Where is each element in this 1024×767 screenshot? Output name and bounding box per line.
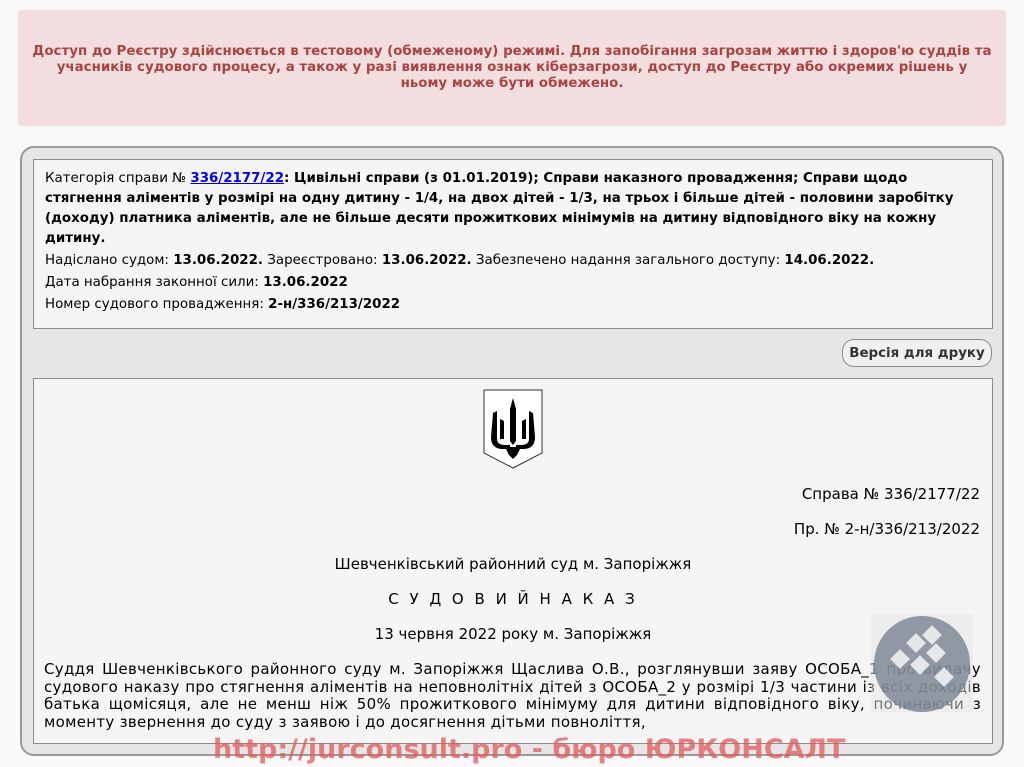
print-version-button[interactable]: Версія для друку (842, 339, 992, 367)
access-warning-alert: Доступ до Реєстру здійснюється в тестово… (18, 10, 1006, 126)
proceeding-value: 2-н/336/213/2022 (268, 297, 400, 312)
effective-value: 13.06.2022 (263, 275, 348, 290)
public-access-value: 14.06.2022. (784, 253, 874, 268)
case-number-link[interactable]: 336/2177/22 (190, 171, 284, 186)
dates-row: Надіслано судом: 13.06.2022. Зареєстрова… (45, 251, 981, 271)
registered-label: Зареєстровано: (267, 253, 377, 268)
registered-value: 13.06.2022. (382, 253, 472, 268)
sent-label: Надіслано судом: (45, 253, 169, 268)
sent-value: 13.06.2022. (173, 253, 263, 268)
case-category: Категорія справи № 336/2177/22: Цивільні… (45, 169, 981, 249)
effective-label: Дата набрання законної сили: (45, 275, 259, 290)
doc-proceeding-number: Пр. № 2-н/336/213/2022 (794, 520, 980, 538)
effective-date-row: Дата набрання законної сили: 13.06.2022 (45, 273, 981, 293)
puzzle-globe-logo-icon (871, 614, 973, 712)
proceeding-label: Номер судового провадження: (45, 297, 264, 312)
ukraine-trident-emblem-icon (483, 389, 543, 469)
doc-paragraph: Суддя Шевченківського районного суду м. … (44, 661, 981, 731)
category-label: Категорія справи № (45, 171, 186, 186)
decision-panel: Категорія справи № 336/2177/22: Цивільні… (20, 146, 1004, 756)
site-watermark: http://jurconsult.pro - бюро ЮРКОНСАЛТ (213, 734, 845, 765)
alert-text: Доступ до Реєстру здійснюється в тестово… (32, 44, 991, 91)
public-access-label: Забезпечено надання загального доступу: (476, 253, 780, 268)
case-info-box: Категорія справи № 336/2177/22: Цивільні… (33, 159, 993, 329)
doc-date-place: 13 червня 2022 року м. Запоріжжя (34, 625, 992, 643)
doc-court-name: Шевченківський районний суд м. Запоріжжя (34, 555, 992, 573)
proceeding-row: Номер судового провадження: 2-н/336/213/… (45, 295, 981, 315)
doc-case-number: Справа № 336/2177/22 (802, 485, 980, 503)
decision-document: Справа № 336/2177/22 Пр. № 2-н/336/213/2… (33, 378, 993, 744)
doc-title: С У Д О В И Й Н А К А З (34, 590, 992, 608)
